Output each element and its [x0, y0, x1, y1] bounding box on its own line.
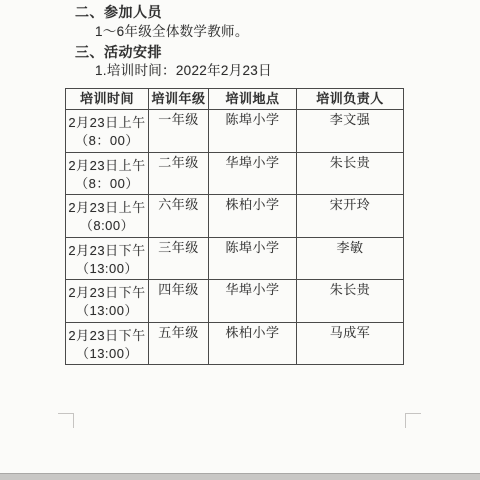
- cell-leader: 宋开玲: [297, 195, 404, 238]
- table-row: 2月23日下午 （13:00） 三年级 陈埠小学 李敏: [66, 237, 404, 280]
- schedule-time-text: 1.培训时间：2022年2月23日: [95, 63, 272, 79]
- cell-grade: 三年级: [149, 237, 209, 280]
- page-margin-corner-mark-left: [58, 413, 74, 428]
- time-clock: （13:00）: [66, 260, 148, 278]
- cell-grade: 一年级: [149, 110, 209, 153]
- document-page: 二、参加人员 1～6年级全体数学教师。 三、活动安排 1.培训时间：2022年2…: [0, 0, 480, 473]
- cell-location: 华埠小学: [209, 280, 297, 323]
- time-date: 2月23日下午: [66, 238, 148, 260]
- header-cell-time: 培训时间: [66, 89, 149, 110]
- cell-location: 陈埠小学: [209, 237, 297, 280]
- time-date: 2月23日下午: [66, 280, 148, 302]
- cell-time: 2月23日下午 （13:00）: [66, 237, 149, 280]
- time-clock: （13:00）: [66, 345, 148, 363]
- section-heading-participants: 二、参加人员: [75, 4, 162, 20]
- time-clock: （8：00）: [66, 132, 148, 150]
- cell-time: 2月23日下午 （13:00）: [66, 280, 149, 323]
- cell-time: 2月23日上午 （8：00）: [66, 110, 149, 153]
- time-date: 2月23日上午: [66, 195, 148, 217]
- cell-time: 2月23日上午 （8：00）: [66, 152, 149, 195]
- cell-time: 2月23日上午 （8:00）: [66, 195, 149, 238]
- participants-text: 1～6年级全体数学教师。: [95, 24, 249, 40]
- cell-grade: 六年级: [149, 195, 209, 238]
- cell-grade: 五年级: [149, 322, 209, 365]
- cell-leader: 李文强: [297, 110, 404, 153]
- training-schedule-table: 培训时间 培训年级 培训地点 培训负责人 2月23日上午 （8：00） 一年级 …: [65, 88, 404, 365]
- table-header-row: 培训时间 培训年级 培训地点 培训负责人: [66, 89, 404, 110]
- cell-grade: 四年级: [149, 280, 209, 323]
- table-row: 2月23日上午 （8:00） 六年级 株柏小学 宋开玲: [66, 195, 404, 238]
- screenshot-stage: 二、参加人员 1～6年级全体数学教师。 三、活动安排 1.培训时间：2022年2…: [0, 0, 480, 480]
- cell-location: 华埠小学: [209, 152, 297, 195]
- cell-location: 株柏小学: [209, 195, 297, 238]
- cell-leader: 李敏: [297, 237, 404, 280]
- table-row: 2月23日下午 （13:00） 四年级 华埠小学 朱长贵: [66, 280, 404, 323]
- header-cell-leader: 培训负责人: [297, 89, 404, 110]
- table-row: 2月23日下午 （13:00） 五年级 株柏小学 马成军: [66, 322, 404, 365]
- page-bottom-edge: [0, 473, 480, 480]
- table-row: 2月23日上午 （8：00） 二年级 华埠小学 朱长贵: [66, 152, 404, 195]
- time-clock: （8:00）: [66, 217, 148, 235]
- time-date: 2月23日上午: [66, 153, 148, 175]
- time-clock: （13:00）: [66, 302, 148, 320]
- cell-grade: 二年级: [149, 152, 209, 195]
- header-cell-location: 培训地点: [209, 89, 297, 110]
- cell-location: 陈埠小学: [209, 110, 297, 153]
- cell-leader: 朱长贵: [297, 152, 404, 195]
- cell-location: 株柏小学: [209, 322, 297, 365]
- time-date: 2月23日上午: [66, 110, 148, 132]
- time-clock: （8：00）: [66, 175, 148, 193]
- header-cell-grade: 培训年级: [149, 89, 209, 110]
- section-heading-schedule: 三、活动安排: [75, 44, 162, 60]
- time-date: 2月23日下午: [66, 323, 148, 345]
- table-row: 2月23日上午 （8：00） 一年级 陈埠小学 李文强: [66, 110, 404, 153]
- cell-time: 2月23日下午 （13:00）: [66, 322, 149, 365]
- page-margin-corner-mark-right: [405, 413, 421, 428]
- cell-leader: 马成军: [297, 322, 404, 365]
- cell-leader: 朱长贵: [297, 280, 404, 323]
